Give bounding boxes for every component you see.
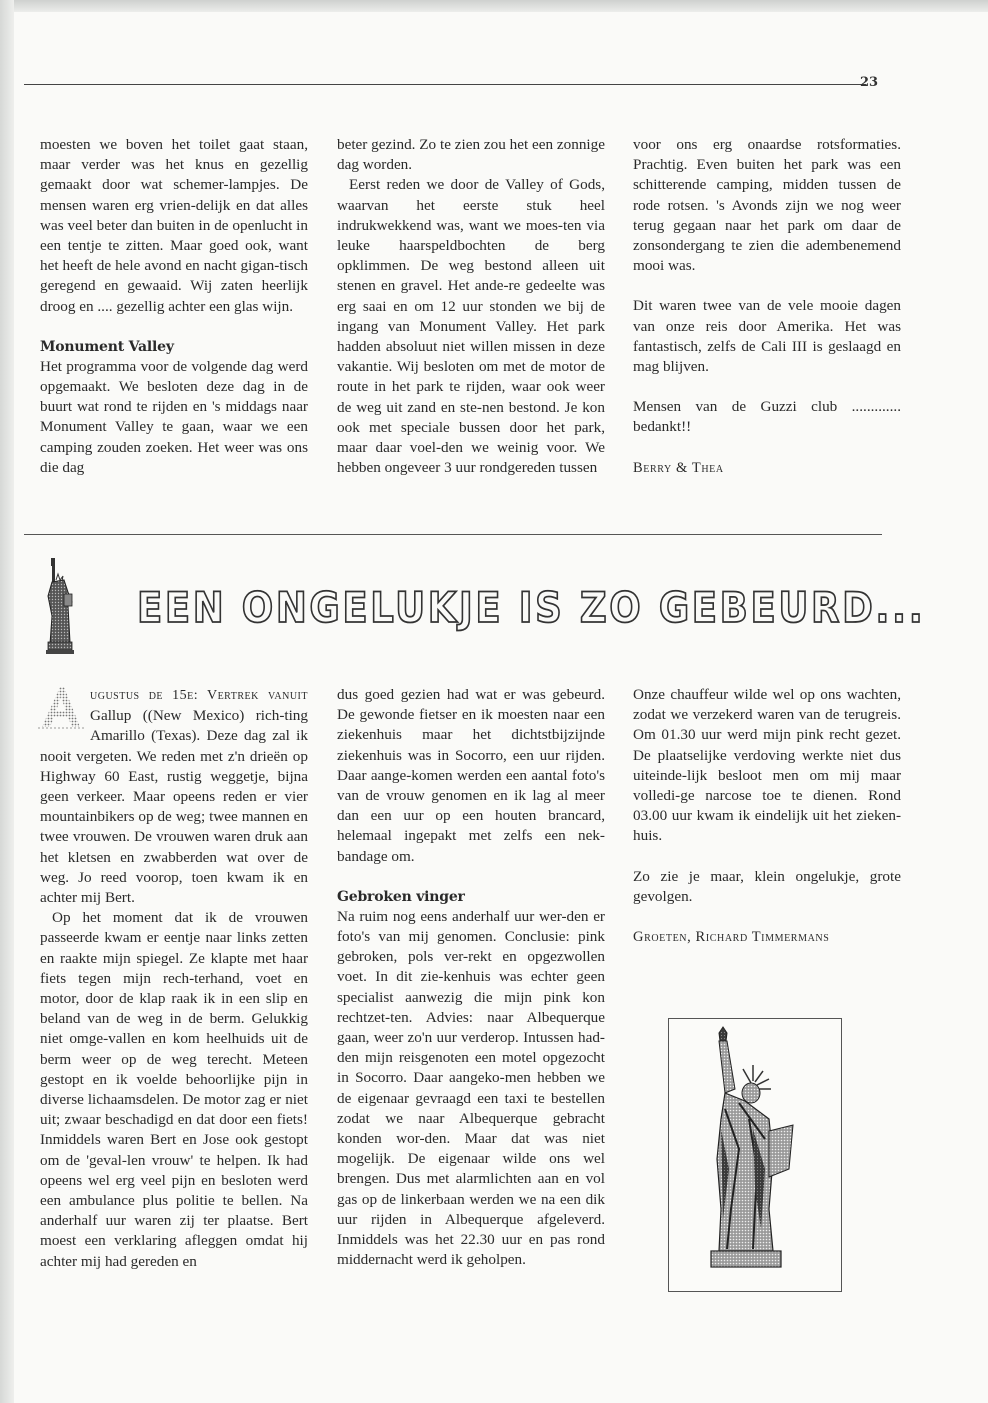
- paragraph: Het programma voor de volgende dag werd …: [40, 357, 308, 478]
- paragraph: voor ons erg onaardse rotsformaties. Pra…: [633, 135, 901, 276]
- prev-article-column-1: moesten we boven het toilet gaat staan, …: [40, 135, 308, 478]
- statue-of-liberty-illustration: [668, 1018, 842, 1292]
- author-signature: Berry & Thea: [633, 458, 901, 478]
- scan-edge-top: [0, 0, 988, 12]
- prev-article-column-3: voor ons erg onaardse rotsformaties. Pra…: [633, 135, 901, 478]
- scan-edge-left: [0, 0, 14, 1403]
- paragraph: Na ruim nog eens anderhalf uur wer-den e…: [337, 907, 605, 1271]
- prev-article-column-2: beter gezind. Zo te zien zou het een zon…: [337, 135, 605, 478]
- statue-of-liberty-icon: [42, 556, 80, 664]
- paragraph: dus goed gezien had wat er was gebeurd. …: [337, 685, 605, 867]
- paragraph: Onze chauffeur wilde wel op ons wachten,…: [633, 685, 901, 847]
- paragraph-text: Gallup ((New Mexico) rich-ting Amarillo …: [40, 707, 308, 906]
- author-signature: Groeten, Richard Timmermans: [633, 927, 901, 947]
- paragraph: Zo zie je maar, klein ongelukje, grote g…: [633, 867, 901, 907]
- section-divider: [24, 534, 882, 535]
- paragraph: moesten we boven het toilet gaat staan, …: [40, 135, 308, 317]
- paragraph: Eerst reden we door de Valley of Gods, w…: [337, 175, 605, 478]
- paragraph: Dit waren twee van de vele mooie dagen v…: [633, 296, 901, 377]
- paragraph: Op het moment dat ik de vrouwen passeerd…: [40, 908, 308, 1272]
- subheading-monument-valley: Monument Valley: [40, 337, 308, 357]
- article-column-2: dus goed gezien had wat er was gebeurd. …: [337, 685, 605, 1270]
- paragraph: Mensen van de Guzzi club ............. b…: [633, 397, 901, 437]
- page-number: 23: [860, 75, 878, 90]
- article-title: EEN ONGELUKJE IS ZO GEBEURD...: [137, 584, 925, 633]
- article-column-1: ugustus de 15e: Vertrek vanuit Gallup ((…: [40, 685, 308, 1272]
- lead-smallcaps: ugustus de 15e: Vertrek vanuit: [90, 688, 308, 703]
- paragraph: beter gezind. Zo te zien zou het een zon…: [337, 135, 605, 175]
- article-column-3: Onze chauffeur wilde wel op ons wachten,…: [633, 685, 901, 947]
- header-rule: [24, 84, 866, 85]
- dropcap-a: [38, 687, 86, 729]
- lead-paragraph: ugustus de 15e: Vertrek vanuit Gallup ((…: [40, 685, 308, 908]
- subheading-gebroken-vinger: Gebroken vinger: [337, 887, 605, 907]
